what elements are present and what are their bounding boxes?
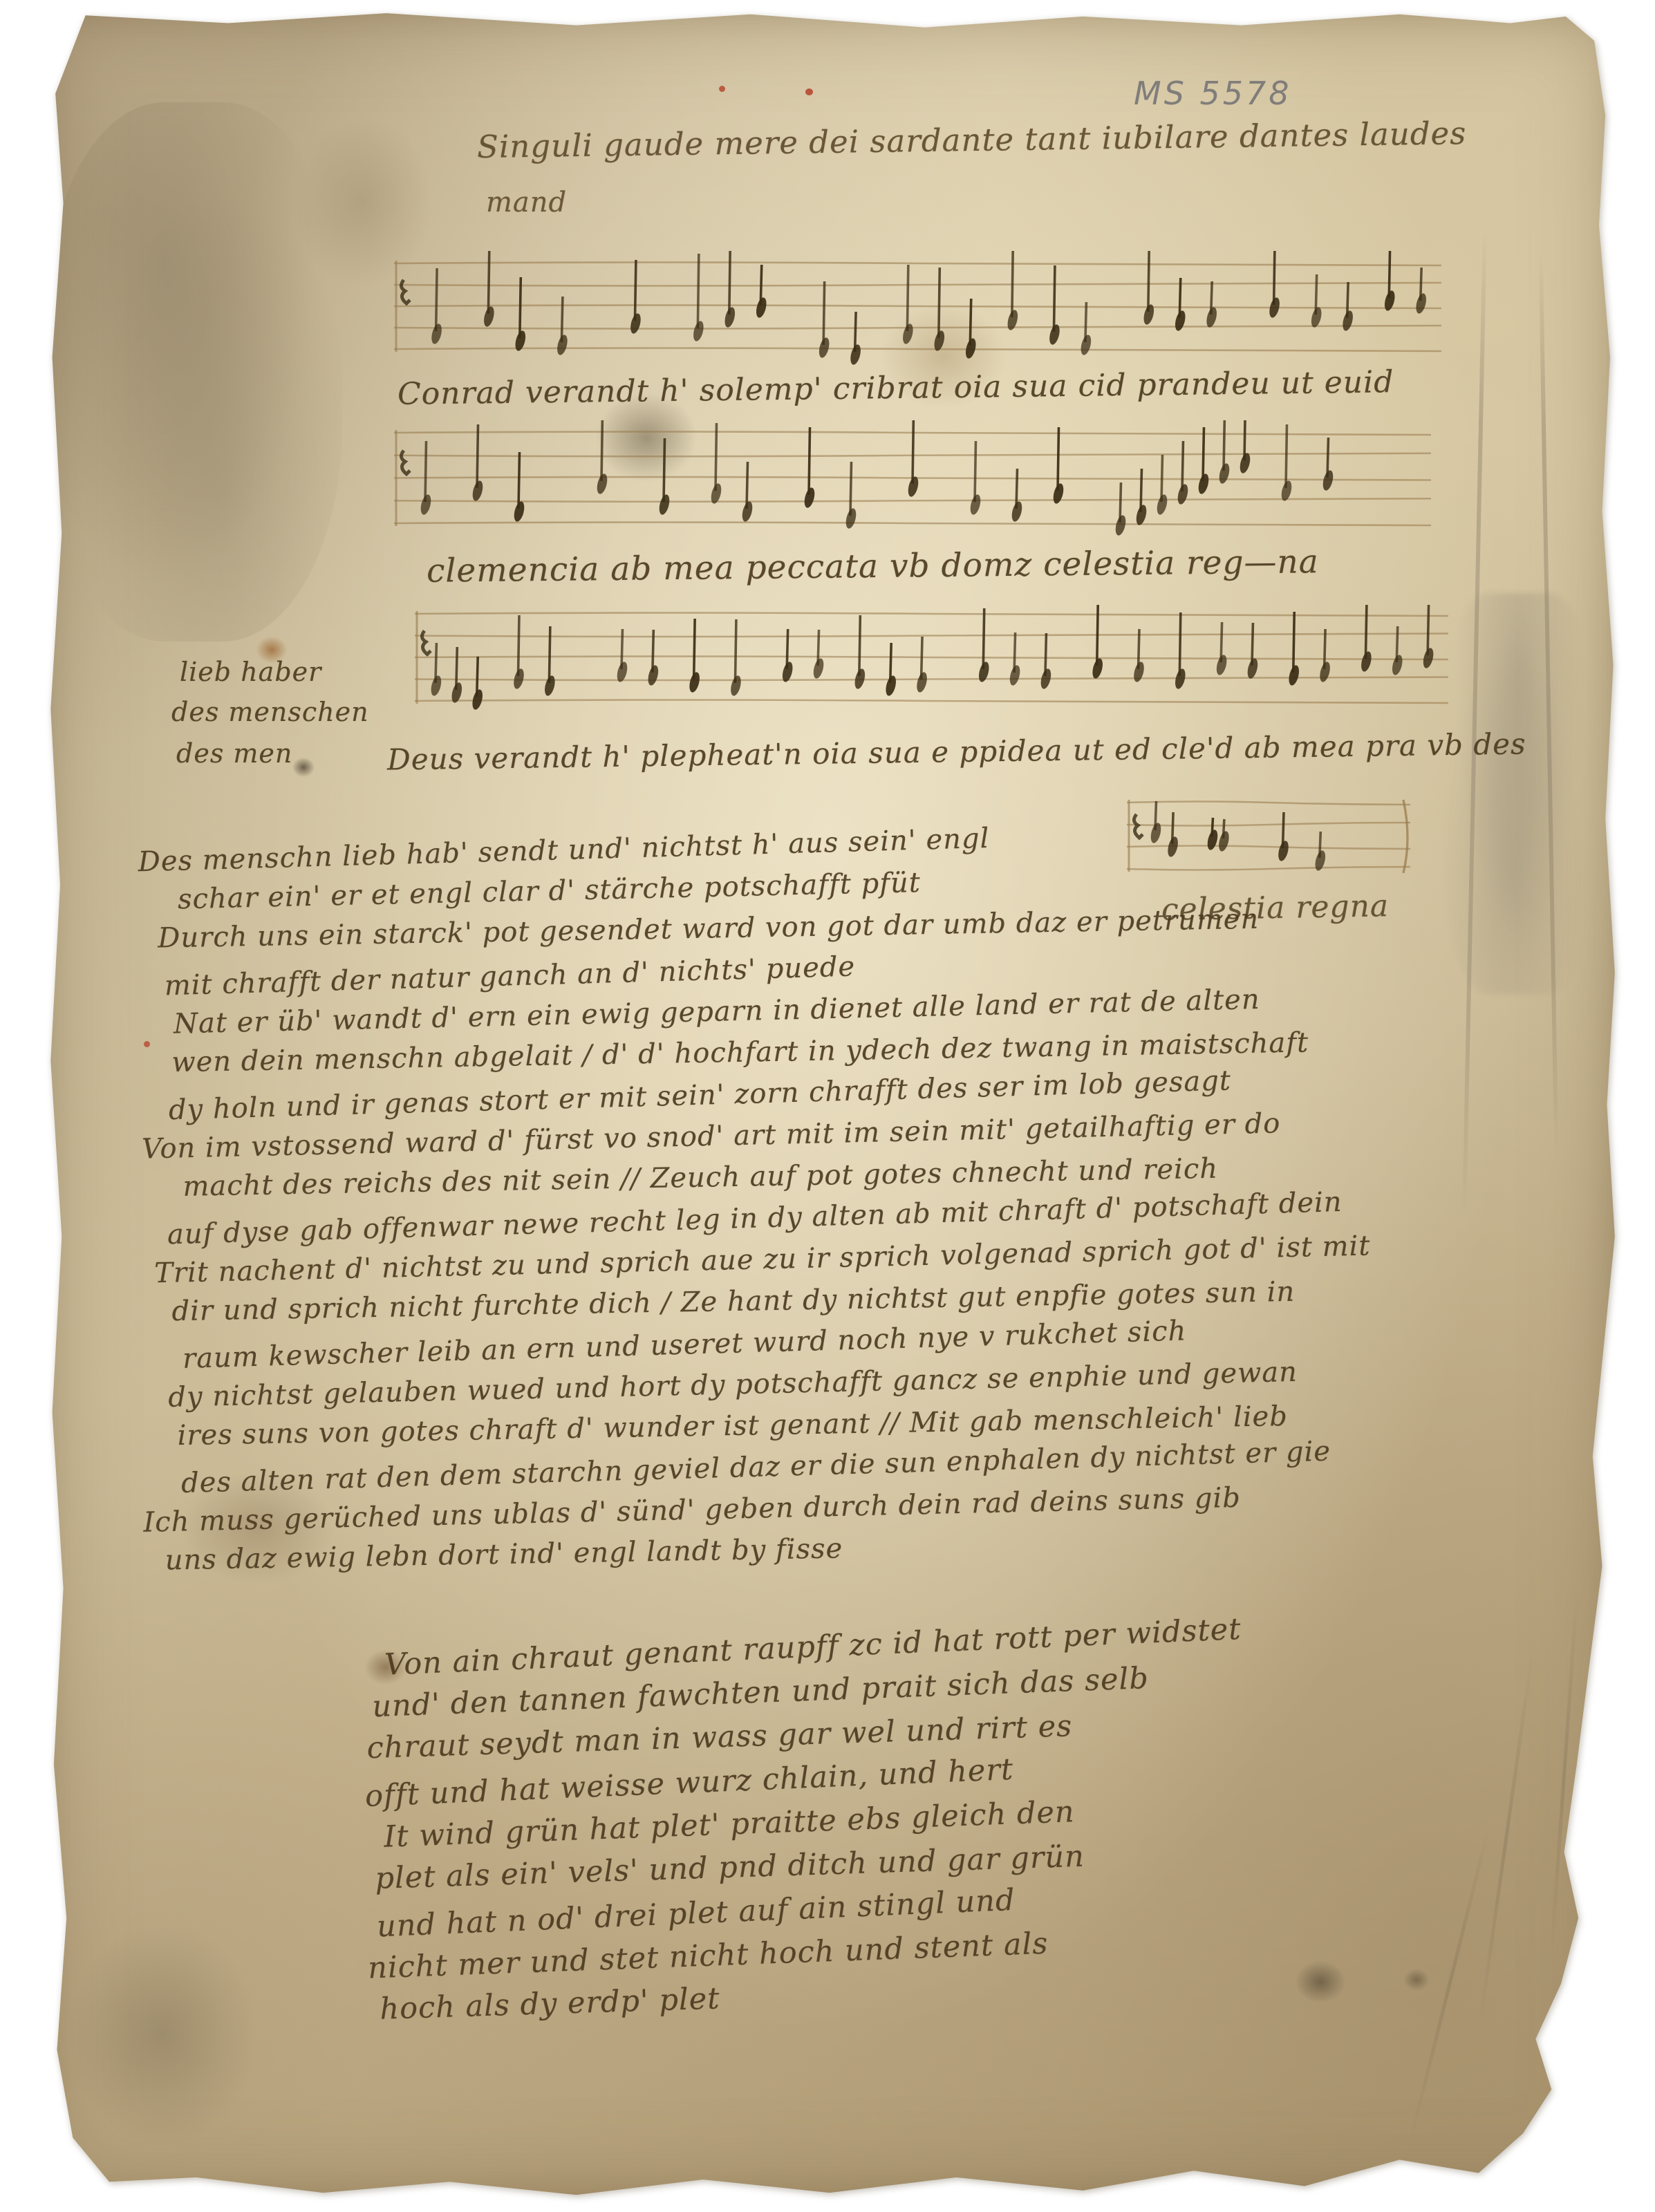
german-text-block-1: Des menschn lieb hab' sendt und' nichtst… [128, 811, 1378, 1585]
margin-label-3: des men [176, 738, 292, 769]
parchment-leaf: MS 5578 Singuli gaude mere dei sardante … [38, 6, 1621, 2204]
music-staff-1 [394, 251, 1441, 367]
header-inscription-line2: mand [486, 187, 567, 218]
margin-label-1: lieb haber [180, 657, 321, 687]
staff-svg [415, 601, 1448, 719]
music-staff-2 [394, 420, 1431, 541]
staff-svg [394, 420, 1431, 541]
herbal-text-block-2: Von ain chraut genant raupff zc id hat r… [356, 1610, 1255, 2034]
margin-label-2: des menschen [171, 697, 369, 727]
staff-svg [394, 251, 1441, 367]
shelfmark-label: MS 5578 [1134, 75, 1292, 112]
manuscript-page-wrapper: MS 5578 Singuli gaude mere dei sardante … [38, 6, 1621, 2204]
music-staff-3 [415, 601, 1448, 719]
